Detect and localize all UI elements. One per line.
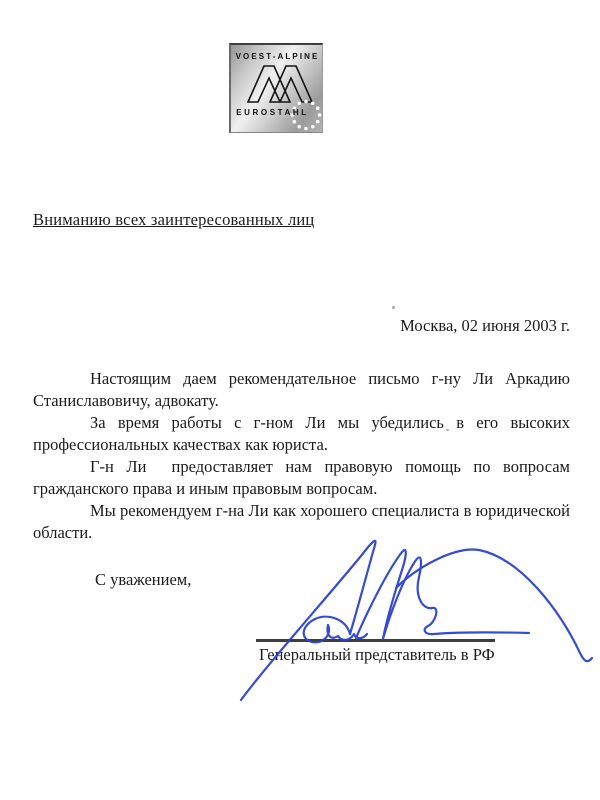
letter-body: Настоящим даем рекомендательное письмо г… bbox=[33, 368, 570, 544]
scan-speck bbox=[392, 306, 395, 309]
salutation: С уважением, bbox=[95, 570, 191, 590]
letter-page: VOEST-ALPINE EUROSTAHL Вниманию всех заи… bbox=[0, 0, 600, 800]
letter-heading: Вниманию всех заинтересованных лиц bbox=[33, 210, 314, 230]
paragraph-2: За время работы с г-ном Ли мы убедились … bbox=[33, 412, 570, 456]
company-logo-plate: VOEST-ALPINE EUROSTAHL bbox=[229, 43, 323, 133]
handwritten-signature-icon bbox=[228, 522, 600, 708]
voest-alpine-mark-icon bbox=[231, 45, 325, 135]
logo-brand-name: EUROSTAHL bbox=[231, 108, 322, 117]
signer-title: Генеральный представитель в РФ bbox=[259, 645, 495, 665]
paragraph-1: Настоящим даем рекомендательное письмо г… bbox=[33, 368, 570, 412]
place-and-date: Москва, 02 июня 2003 г. bbox=[33, 316, 570, 336]
signature-line bbox=[256, 639, 495, 642]
paragraph-3: Г-н Ли предоставляет нам правовую помощь… bbox=[33, 456, 570, 500]
paragraph-4: Мы рекомендуем г-на Ли как хорошего спец… bbox=[33, 500, 570, 544]
